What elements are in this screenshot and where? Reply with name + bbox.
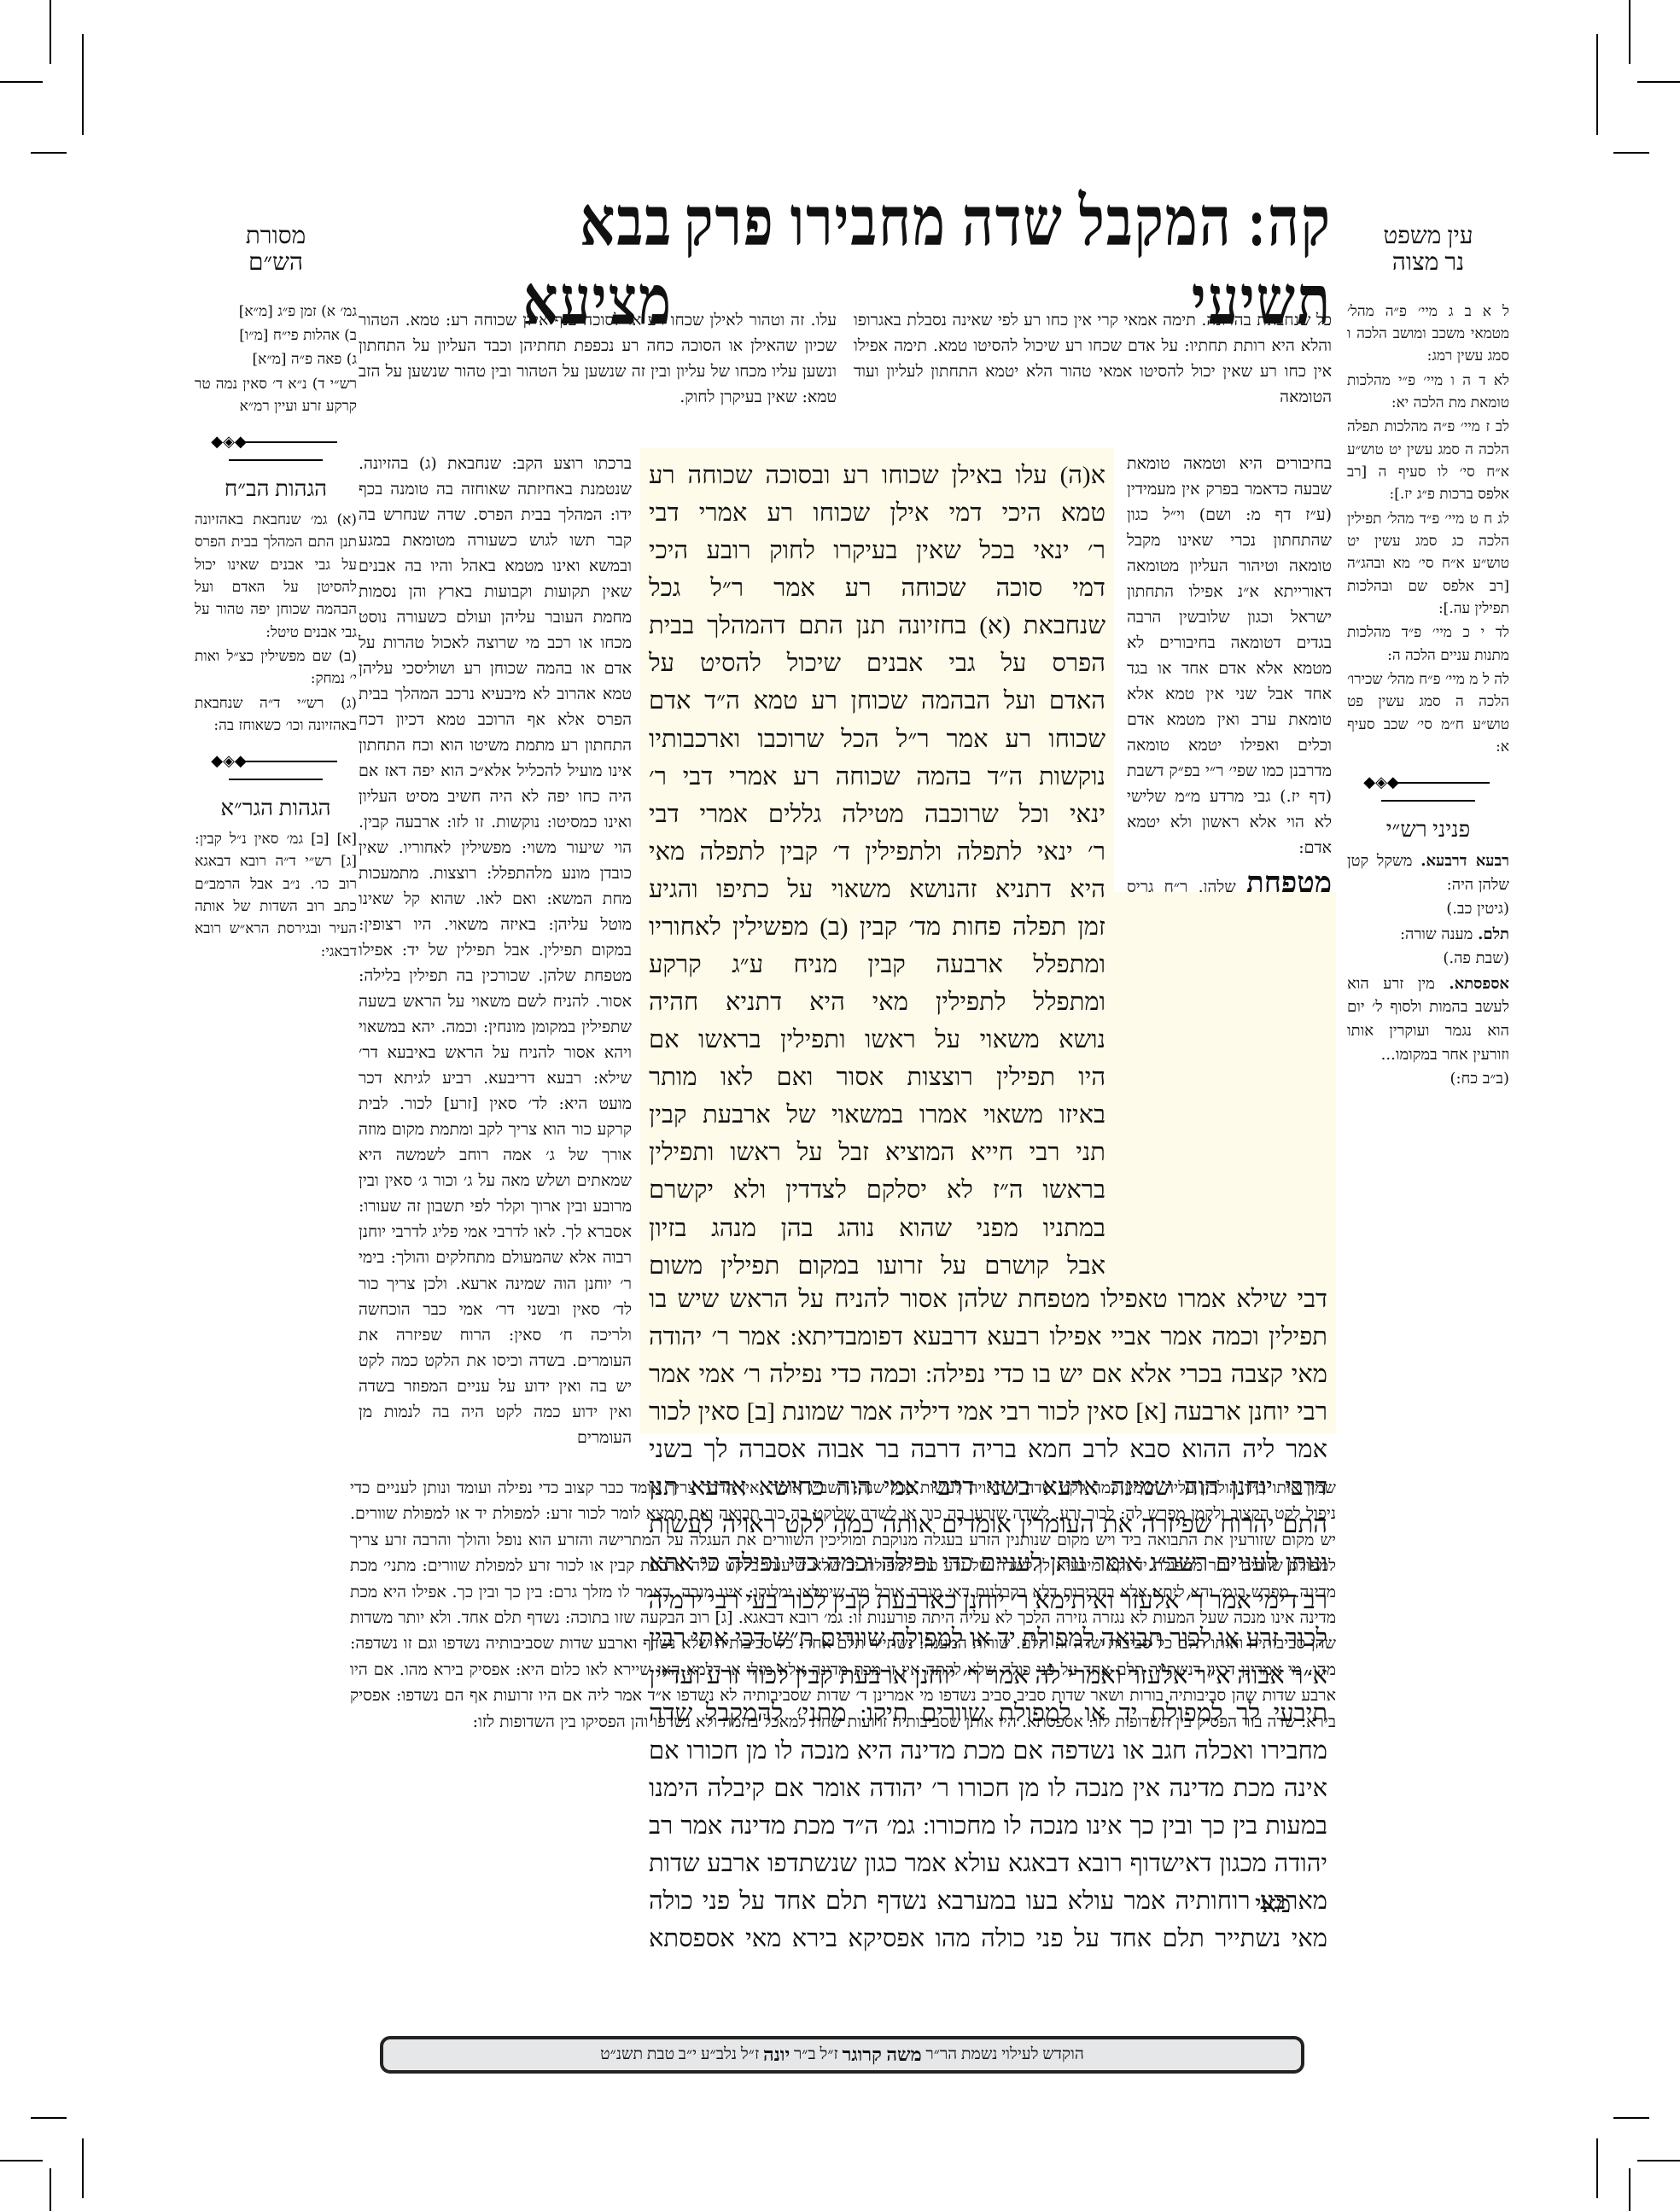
dibur-hamatchil: תלם.: [1478, 925, 1509, 943]
gemara-text-narrow: א(ה) עלו באילן שכוחו רע ובסוכה שכוחה רע …: [649, 457, 1105, 1285]
crop-mark: [31, 152, 67, 154]
hagahot-hagra-title: הגהות הגר״א: [195, 796, 357, 821]
gemara-line: בראשו ה״ז לא יסלקם לצדדין ולא יקשרם: [649, 1171, 1105, 1209]
ein-mishpat-entries: ל א ב ג מיי׳ פ״ה מהל׳ מטמאי משכב ומושב ה…: [1347, 300, 1509, 759]
hagahot-habach-title: הגהות הב״ח: [195, 477, 357, 502]
gemara-line: אמר ליה ההוא סבא לרב חמא בריה דרבה בר אב…: [649, 1431, 1327, 1468]
crop-mark: [82, 2138, 84, 2198]
dedication-father-name: יונה: [763, 2044, 790, 2066]
gemara-line: היו תפילין רוצצות אסור ואם לאו מותר: [649, 1059, 1105, 1096]
masoret-entry: ג) פאה פ״ה [מ״א]: [195, 348, 357, 370]
ein-mishpat-column: עין משפט נר מצוה ל א ב ג מיי׳ פ״ה מהל׳ מ…: [1347, 224, 1509, 1093]
rashi-commentary-top: כל שנחבאת בהזיונה. תימה אמאי קרי אין כחו…: [854, 307, 1332, 444]
crop-mark: [1637, 2160, 1680, 2161]
gemara-line: אינה מכת מדינה אין מנכה לו מן חכורו ר׳ י…: [649, 1770, 1327, 1807]
gemara-line: א(ה) עלו באילן שכוחו רע ובסוכה שכוחה רע: [649, 457, 1105, 494]
gemara-line: יהודה מכגון דאישדוף רובא דבאגא עולא אמר …: [649, 1845, 1327, 1882]
bach-entry: (ב) שם מפשילין כצ״ל ואות י׳ נמחק:: [195, 645, 357, 691]
masoret-entries: גמ׳ א) זמן פ״ג [מ״א] ב) אהלות פי״ח [מ״ו]…: [195, 300, 357, 418]
dedication-prefix: הוקדש לעילוי נשמת הר״ר: [925, 2045, 1083, 2064]
gemara-line: שכוחו רע אמר ר״ל הכל שרוכבו וארכבותיו: [649, 720, 1105, 758]
rashi-bottom-commentary: שמין אותו ב״ד הולכין עליה ושמין כמה לקט …: [350, 1475, 1336, 1735]
gemara-line: היא דתניא זהנושא משאוי על כתיפו והגיע: [649, 871, 1105, 908]
pninei-entry: אספסתא. מין זרע הוא לעשב בהמות ולסוף ל׳ …: [1347, 972, 1509, 1091]
gemara-line: נושא משאוי על ראשו ותפילין בראשו אם: [649, 1021, 1105, 1059]
crop-mark: [50, 2168, 51, 2211]
gemara-line: ר׳ ינאי לתפלה ולתפילין ד׳ קבין לתפלה מאי: [649, 833, 1105, 871]
gemara-line: הפרס על גבי אבנים שיכול להסיט על: [649, 645, 1105, 682]
masoret-entry: רש״י ד) נ״א ד׳ סאין נמה טר קרקע זרע ועיי…: [195, 373, 357, 418]
tosafot-commentary-side: ברכתו רוצע הקב: שנחבאת (ג) בהזיונה. שנטמ…: [359, 451, 632, 1467]
title-line: עין משפט: [1347, 224, 1509, 250]
gemara-line: במעות בין כך ובין כך אינו מנכה לו מחכורו…: [649, 1807, 1327, 1845]
gemara-line: מחבירו ואכלה חגב או נשדפה אם מכת מדינה ה…: [649, 1732, 1327, 1770]
dedication-name: משה קרוגר: [843, 2044, 922, 2066]
crop-mark: [82, 34, 84, 135]
gemara-line: באיזו משאוי אמרו במשאוי של ארבעת קבין: [649, 1096, 1105, 1134]
talmud-page: קה: המקבל שדה מחבירו פרק תשיעי בבא מציעא…: [0, 0, 1680, 2211]
dibur-hamatchil: אספסתא.: [1449, 975, 1509, 993]
ein-mishpat-entry: לב ז מיי׳ פ״ה מהלכות תפלה הלכה ה סמג עשי…: [1347, 416, 1509, 505]
gemara-line: מאי נשתייר תלם אחד על פני כולה מהו אפסיק…: [649, 1920, 1327, 1957]
crop-mark: [1629, 2168, 1630, 2211]
crop-mark: [50, 0, 51, 64]
bach-entry: (א) גמ׳ שנחבאת באהזיונה תנן התם המהלך בב…: [195, 509, 357, 644]
title-line: נר מצוה: [1347, 250, 1509, 277]
crop-mark: [0, 2160, 43, 2161]
masoret-entry: גמ׳ א) זמן פ״ג [מ״א]: [195, 300, 357, 323]
source-ref: (גיטין כב.): [1446, 900, 1509, 918]
masoret-hashas-title: מסורת הש״ם: [195, 224, 357, 277]
gemara-line: ומתפלל לתפילין מאי היא דתניא חהיה: [649, 983, 1105, 1021]
gemara-line: מארבע רוחותיה אמר עולא בעו במערבא נשדף ת…: [649, 1882, 1327, 1920]
crop-mark: [1613, 152, 1649, 154]
ein-mishpat-entry: לד י כ מיי׳ פ״ד מהלכות מתנות עניים הלכה …: [1347, 621, 1509, 667]
crop-mark: [1596, 34, 1598, 135]
gra-entry: [א] [ב] גמ׳ סאין נ״ל קבין: [ג] רש״י ד״ה …: [195, 828, 357, 963]
ein-mishpat-entry: לה ל מ מיי׳ פ״ח מהל׳ שכירו׳ הלכה ה סמג ע…: [1347, 668, 1509, 758]
crop-mark: [1613, 2117, 1649, 2119]
dibur-hamatchil: רבעא דרבעא.: [1420, 852, 1509, 870]
ein-mishpat-title: עין משפט נר מצוה: [1347, 224, 1509, 277]
pninei-entry: תלם. מענה שורה:(שבת פה.): [1347, 923, 1509, 971]
gemara-line: נוקשות ה״ד בהמה שכוחה רע אמרי דבי ר׳: [649, 758, 1105, 796]
title-line: מסורת: [195, 224, 357, 250]
title-line: הש״ם: [195, 250, 357, 277]
gemara-line: ינאי וכל שרוכבה מטילה גללים אמרי דבי: [649, 796, 1105, 833]
gemara-line: שנחבאת (א) בחזיונה תנן התם דהמהלך בבית: [649, 607, 1105, 645]
crop-mark: [1596, 2138, 1598, 2198]
dedication-suffix: ז״ל נלב״ע י״ב טבת תשנ״ט: [600, 2045, 759, 2064]
ein-mishpat-entry: לג ח ט מיי׳ פ״ד מהל׳ תפילין הלכה כג סמג …: [1347, 508, 1509, 621]
pninei-entry: רבעא דרבעא. משקל קטן שלהן היה:(גיטין כב.…: [1347, 849, 1509, 921]
masoret-hashas-column: מסורת הש״ם גמ׳ א) זמן פ״ג [מ״א] ב) אהלות…: [195, 224, 357, 965]
gemara-line: זמן תפלה פחות מד׳ קבין (ב) מפשילין לאחור…: [649, 908, 1105, 946]
ein-mishpat-entry: ל א ב ג מיי׳ פ״ה מהל׳ מטמאי משכב ומושב ה…: [1347, 300, 1509, 368]
source-ref: (שבת פה.): [1443, 949, 1509, 967]
masoret-entry: ב) אהלות פי״ח [מ״ו]: [195, 324, 357, 347]
source-ref: (ב״ב כח:): [1450, 1070, 1509, 1088]
gemara-line: ר׳ ינאי בכל שאין בעיקרו לחוק רובע היכי: [649, 532, 1105, 569]
bach-entries: (א) גמ׳ שנחבאת באהזיונה תנן התם המהלך בב…: [195, 509, 357, 737]
ornament-divider-icon: ◆◈◆: [195, 752, 357, 788]
gemara-catchword: מאי: [1255, 1891, 1291, 1919]
pninei-rashi-title: פניני רש״י: [1347, 818, 1509, 843]
gemara-line: טמא היכי דמי אילן שכוחו רע אמרי דבי: [649, 494, 1105, 532]
rashi-text: בחיבורים היא וטמאה טומאת שבעה כדאמר בפרק…: [1127, 451, 1332, 860]
gemara-line: תני רבי חייא המוציא זבל על ראשו ותפילין: [649, 1134, 1105, 1171]
gemara-line: אבל קושרם על זרועו במקום תפילין משום: [649, 1247, 1105, 1285]
gra-entries: [א] [ב] גמ׳ סאין נ״ל קבין: [ג] רש״י ד״ה …: [195, 828, 357, 963]
ein-mishpat-entry: לא ד ה ו מיי׳ פ״י מהלכות טומאת מת הלכה י…: [1347, 370, 1509, 415]
ornament-divider-icon: ◆◈◆: [195, 433, 357, 469]
entry-text: מענה שורה:: [1400, 925, 1473, 943]
crop-mark: [1629, 0, 1630, 64]
commentary-text: שמין אותו ב״ד הולכין עליה ושמין כמה לקט …: [350, 1475, 1336, 1735]
gemara-line: מאי קצבה בכרי אלא אם יש בו כדי נפילה: וכ…: [649, 1356, 1327, 1393]
crop-mark: [0, 81, 43, 83]
crop-mark: [31, 2117, 67, 2119]
ornament-divider-icon: ◆◈◆: [1347, 773, 1509, 809]
dedication-banner: הוקדש לעילוי נשמת הר״ר משה קרוגר ז״ל ב״ר…: [380, 2036, 1304, 2074]
gemara-line: רבי יוחנן ארבעה [א] סאין לכור רבי אמי די…: [649, 1393, 1327, 1431]
gemara-line: האדם ועל הבהמה שכוחן רע טמא ה״ד אדם: [649, 682, 1105, 720]
gemara-line: במתניו מפני שהוא נוהג בהן מנהג בזיון: [649, 1210, 1105, 1247]
gemara-line: דבי שילא אמרו טאפילו מטפחת שלהן אסור להנ…: [649, 1281, 1327, 1318]
tosafot-commentary-top: עלו. זה וטהור לאילן שכחו רע או לסוכה ענף…: [359, 307, 837, 444]
gemara-line: תפילין וכמה אמר אביי אפילו רבעא דרבעא דפ…: [649, 1318, 1327, 1356]
pninei-rashi-entries: רבעא דרבעא. משקל קטן שלהן היה:(גיטין כב.…: [1347, 849, 1509, 1091]
bach-entry: (ג) רש״י ד״ה שנחבאת באהזיונה וכו׳ כשאוחז…: [195, 692, 357, 738]
gemara-line: דמי סוכה שכוחה רע אמר ר״ל גכל: [649, 569, 1105, 607]
dedication-middle: ז״ל ב״ר: [794, 2045, 838, 2064]
page-header: קה: המקבל שדה מחבירו פרק תשיעי בבא מציעא: [461, 224, 1332, 300]
gemara-line: ומתפלל ארבעה קבין מניח ע״ג קרקע: [649, 946, 1105, 983]
crop-mark: [1637, 81, 1680, 83]
